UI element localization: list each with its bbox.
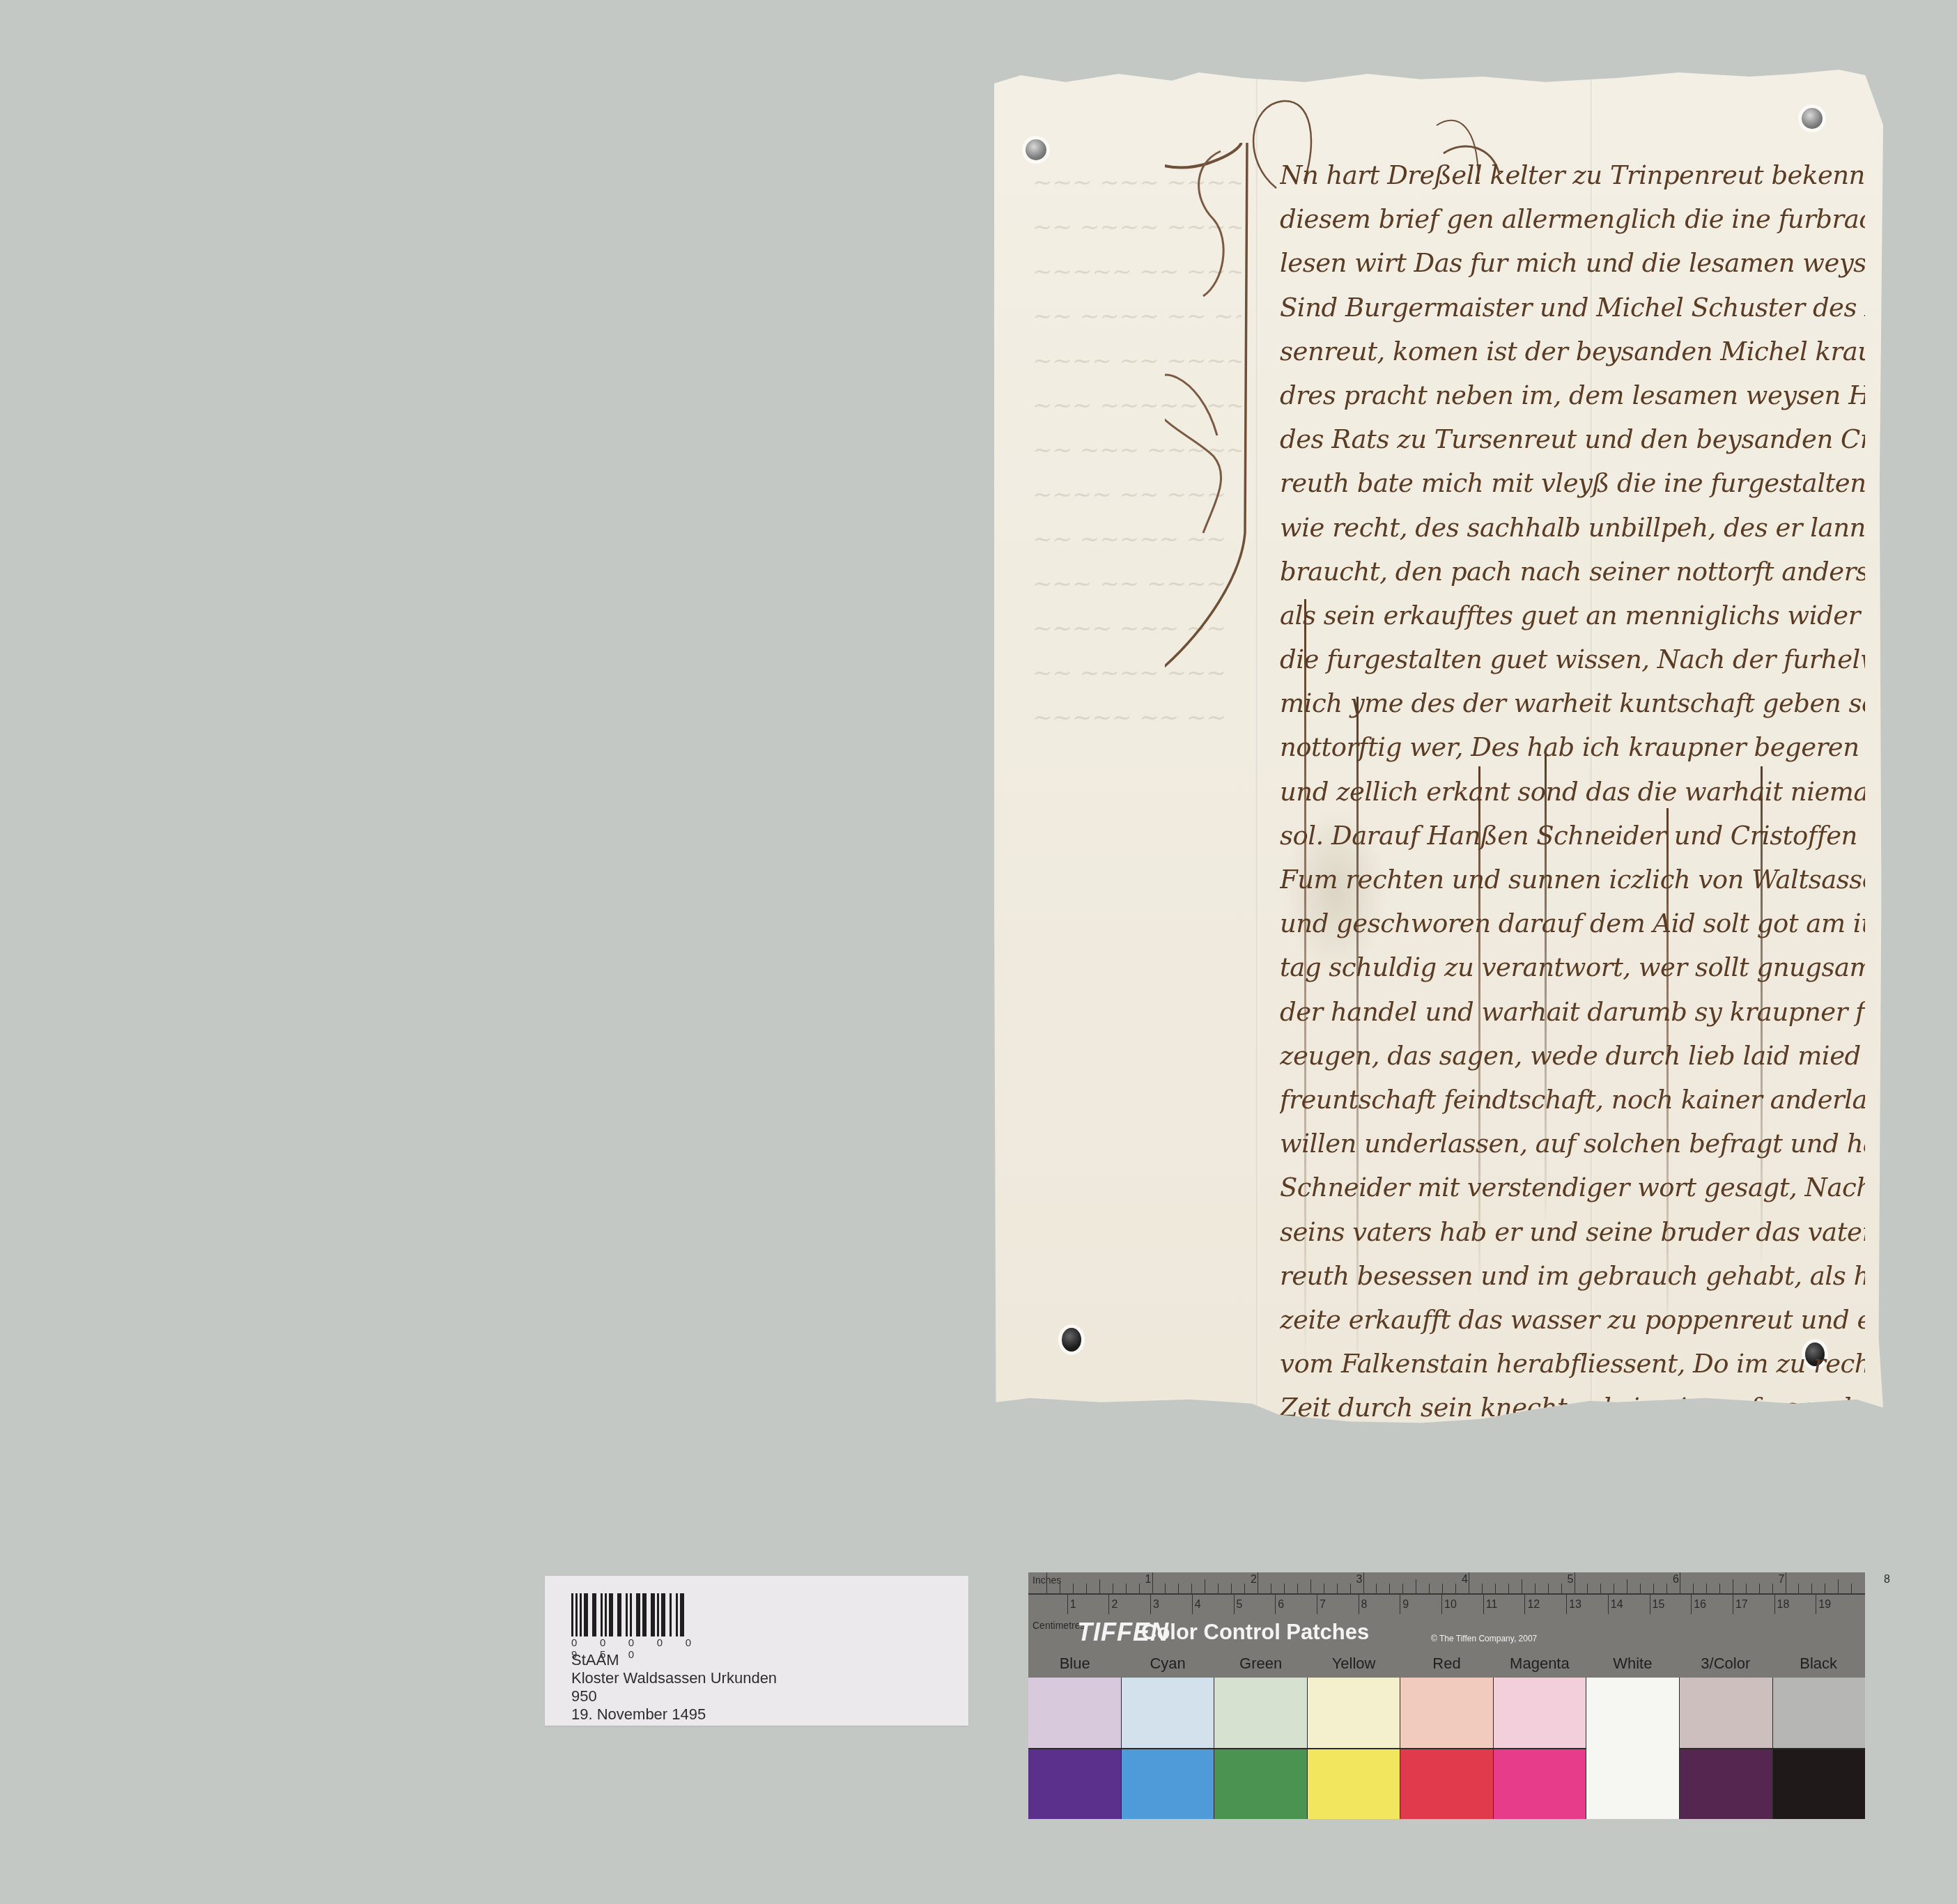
ruler-tick (1483, 1595, 1484, 1614)
ruler-tick (1746, 1584, 1747, 1593)
text-line: des Rats zu Tursenreut und den beysanden… (1280, 417, 1865, 461)
patch-name-green: Green (1214, 1655, 1307, 1675)
light-patch (1400, 1678, 1493, 1748)
text-line: mich yme des der warheit kuntschaft gebe… (1280, 681, 1865, 725)
ruler-tick (1086, 1584, 1087, 1593)
ruler-tick (1774, 1595, 1775, 1614)
ruler-tick (1719, 1584, 1720, 1593)
cm-tick-label: 4 (1195, 1599, 1201, 1611)
ruler-tick (1524, 1595, 1525, 1614)
patch-names-row: Blue Cyan Green Yellow Red Magenta White… (1028, 1655, 1865, 1675)
text-line: zeugen, das sagen, wede durch lieb laid … (1280, 1034, 1865, 1078)
ink-descender (1304, 599, 1306, 1365)
text-line: als sein erkaufftes guet an menniglichs … (1280, 594, 1865, 637)
patch-name-yellow: Yellow (1307, 1655, 1400, 1675)
ruler-tick (1441, 1595, 1442, 1614)
patch-name-white: White (1586, 1655, 1679, 1675)
ruler-tick (1192, 1595, 1193, 1614)
patch-column-white (1586, 1678, 1680, 1819)
ruler-tick (1442, 1584, 1443, 1593)
ruler-tick (1337, 1584, 1338, 1593)
cm-tick-label: 9 (1402, 1599, 1409, 1611)
text-line: senreut, komen ist der beysanden Michel … (1280, 330, 1865, 373)
light-patch (1122, 1678, 1214, 1748)
ruler-tick (1416, 1579, 1416, 1593)
ruler-tick (1108, 1595, 1109, 1614)
text-line: willen underlassen, auf solchen befragt … (1280, 1122, 1865, 1166)
light-patch (1028, 1678, 1121, 1748)
text-line: Nn hart Dreßell kelter zu Trinpenreut be… (1280, 153, 1865, 197)
ruler-tick (1495, 1584, 1496, 1593)
ruler-tick (1152, 1572, 1153, 1593)
ruler-tick (1126, 1584, 1127, 1593)
ruler-tick (1640, 1584, 1641, 1593)
light-patch (1308, 1678, 1400, 1748)
text-line: freuntschaft feindtschaft, noch kainer a… (1280, 1078, 1865, 1122)
color-patches (1028, 1678, 1865, 1819)
patch-name-black: Black (1772, 1655, 1865, 1675)
ruler-tick (1627, 1579, 1627, 1593)
ruler-tick (1234, 1595, 1235, 1614)
ruler-tick (1284, 1584, 1285, 1593)
ruler-tick (1733, 1579, 1733, 1593)
ruler-tick (1402, 1584, 1403, 1593)
ruler-tick (1653, 1584, 1654, 1593)
text-line: die furgestalten guet wissen, Nach der f… (1280, 637, 1865, 681)
document-number: 950 (571, 1687, 777, 1705)
ruler-tick (1508, 1584, 1509, 1593)
ruler-tick (1575, 1572, 1575, 1593)
cm-tick-label: 12 (1527, 1599, 1540, 1611)
ruler-tick (1275, 1595, 1276, 1614)
light-patch (1214, 1678, 1307, 1748)
mounting-magnet-icon (1026, 139, 1046, 160)
ruler-tick (1310, 1579, 1311, 1593)
ruler-tick (1231, 1584, 1232, 1593)
mounting-magnet-icon (1062, 1328, 1081, 1352)
cm-tick-label: 14 (1611, 1599, 1623, 1611)
ink-descender (1666, 808, 1669, 1338)
patch-column-magenta (1494, 1678, 1587, 1819)
patch-name-red: Red (1400, 1655, 1493, 1675)
decorated-initial-i (1165, 143, 1269, 770)
ruler-tick (1614, 1584, 1614, 1593)
ruler-tick (1650, 1595, 1650, 1614)
cm-tick-label: 17 (1735, 1599, 1748, 1611)
ruler-tick (1759, 1584, 1760, 1593)
ruler-tick (1400, 1595, 1400, 1614)
ruler-tick (1363, 1572, 1364, 1593)
ruler-tick (1600, 1584, 1601, 1593)
ruler-tick (1205, 1579, 1205, 1593)
dark-patch (1586, 1749, 1679, 1820)
inch-tick-label: 3 (1356, 1574, 1363, 1586)
text-line: der handel und warhait darumb sy kraupne… (1280, 990, 1865, 1034)
text-line: sol. Darauf Hanßen Schneider und Cristof… (1280, 814, 1865, 858)
ruler-tick (1706, 1584, 1707, 1593)
text-line: vom Falkenstain herabfliessent, Do im zu… (1280, 1342, 1865, 1386)
cm-tick-label: 15 (1653, 1599, 1665, 1611)
dark-patch (1122, 1748, 1214, 1820)
text-line: und geschworen darauf dem Aid solt got a… (1280, 901, 1865, 945)
ruler-tick (1469, 1572, 1469, 1593)
inch-tick-label: 2 (1251, 1574, 1257, 1586)
ruler-tick (1324, 1584, 1324, 1593)
color-control-card: Inches 12345678 123456789101112131415161… (1028, 1572, 1865, 1819)
dark-patch (1214, 1748, 1307, 1820)
light-patch (1586, 1678, 1679, 1749)
dark-patch (1400, 1748, 1493, 1820)
inch-tick-label: 6 (1673, 1574, 1679, 1586)
ruler-tick (1825, 1584, 1825, 1593)
light-patch (1494, 1678, 1586, 1748)
cm-ruler: 12345678910111213141516171819 (1028, 1593, 1865, 1614)
text-line: tag schuldig zu verantwort, wer sollt gn… (1280, 945, 1865, 989)
text-line: Fum rechten und sunnen iczlich von Walts… (1280, 858, 1865, 901)
ruler-tick (1099, 1579, 1100, 1593)
ruler-tick (1548, 1584, 1549, 1593)
ruler-tick (1113, 1584, 1113, 1593)
document-date: 19. November 1495 (571, 1705, 777, 1724)
patch-column-blue (1028, 1678, 1122, 1819)
ink-descender (1478, 766, 1480, 1296)
patch-column-green (1214, 1678, 1308, 1819)
mounting-magnet-icon (1802, 108, 1823, 129)
dark-patch (1680, 1748, 1772, 1820)
text-line: Zeit durch sein knecht sols in einem fry… (1280, 1386, 1865, 1430)
light-patch (1680, 1678, 1772, 1748)
ruler-tick (1429, 1584, 1430, 1593)
ruler-tick (1535, 1584, 1536, 1593)
cm-tick-label: 13 (1569, 1599, 1581, 1611)
ruler-tick (1150, 1595, 1151, 1614)
text-line: lesen wirt Das fur mich und die lesamen … (1280, 241, 1865, 285)
ruler-tick (1522, 1579, 1522, 1593)
text-line: reuth besessen und im gebrauch gehabt, a… (1280, 1254, 1865, 1298)
ink-descender (1356, 697, 1359, 1379)
ruler-tick (1046, 1572, 1047, 1593)
text-line: bruder und ich befragt und durch das abt… (1280, 1474, 1865, 1518)
ruler-tick (1317, 1595, 1317, 1614)
text-line: zeite erkaufft das wasser zu poppenreut … (1280, 1298, 1865, 1342)
ink-descender (1761, 766, 1763, 1268)
patch-column-3color (1680, 1678, 1773, 1819)
barcode (571, 1593, 684, 1636)
ruler-tick (1067, 1595, 1068, 1614)
text-line: nottorftig wer, Des hab ich kraupner beg… (1280, 725, 1865, 769)
inch-ruler: Inches 12345678 (1028, 1572, 1865, 1595)
cm-tick-label: 8 (1361, 1599, 1368, 1611)
archive-label: 0 0 0 0 0 9 5 0 StAAM Kloster Waldsassen… (545, 1576, 968, 1726)
ruler-tick (1608, 1595, 1609, 1614)
text-line: braucht, den pach nach seiner nottorft a… (1280, 550, 1865, 594)
ruler-tick (1165, 1584, 1166, 1593)
ruler-tick (1798, 1584, 1799, 1593)
ruler-tick (1482, 1584, 1483, 1593)
ruler-tick (1680, 1572, 1680, 1593)
text-line: dres pracht neben im, dem lesamen weysen… (1280, 373, 1865, 417)
patch-column-yellow (1308, 1678, 1401, 1819)
text-line: wollen lassen, und hat ein fry pach halt… (1280, 1430, 1865, 1473)
ruler-tick (1297, 1584, 1298, 1593)
cm-tick-label: 7 (1320, 1599, 1326, 1611)
ruler-tick (1693, 1584, 1694, 1593)
text-line: Schneider mit verstendiger wort gesagt, … (1280, 1166, 1865, 1209)
cm-tick-label: 6 (1278, 1599, 1284, 1611)
cm-tick-label: 1 (1070, 1599, 1076, 1611)
ruler-tick (1060, 1584, 1060, 1593)
dark-patch (1773, 1748, 1866, 1820)
cm-tick-label: 2 (1111, 1599, 1117, 1611)
cm-tick-label: 11 (1486, 1599, 1498, 1611)
ruler-tick (1389, 1584, 1390, 1593)
ruler-tick (1733, 1595, 1733, 1614)
ruler-tick (1816, 1595, 1816, 1614)
ruler-tick (1073, 1584, 1074, 1593)
patch-name-blue: Blue (1028, 1655, 1121, 1675)
cm-tick-label: 16 (1694, 1599, 1706, 1611)
cm-tick-label: 18 (1777, 1599, 1790, 1611)
ruler-tick (1772, 1584, 1773, 1593)
dark-patch (1308, 1748, 1400, 1820)
inch-tick-label: 8 (1884, 1574, 1890, 1586)
ruler-tick (1811, 1584, 1812, 1593)
ruler-tick (1258, 1572, 1258, 1593)
ruler-tick (1350, 1584, 1351, 1593)
text-line: seins vaters hab er und seine bruder das… (1280, 1210, 1865, 1254)
light-patch (1773, 1678, 1866, 1748)
ruler-tick (1566, 1595, 1567, 1614)
cm-tick-label: 10 (1444, 1599, 1457, 1611)
ruler-tick (1851, 1584, 1852, 1593)
ruler-tick (1376, 1584, 1377, 1593)
text-line: Sind Burgermaister und Michel Schuster d… (1280, 286, 1865, 330)
collection-name: Kloster Waldsassen Urkunden (571, 1669, 777, 1687)
ruler-tick (1218, 1584, 1219, 1593)
ruler-tick (1838, 1579, 1839, 1593)
inch-tick-label: 1 (1145, 1574, 1152, 1586)
ink-descender (1545, 752, 1547, 1226)
card-title: Color Control Patches (1141, 1620, 1369, 1645)
ruler-tick (1786, 1572, 1786, 1593)
ruler-tick (1666, 1584, 1667, 1593)
text-line: wie recht, des sachhalb unbillpeh, des e… (1280, 506, 1865, 550)
ruler-tick (1561, 1584, 1562, 1593)
inch-tick-label: 7 (1779, 1574, 1785, 1586)
patch-column-cyan (1122, 1678, 1215, 1819)
text-line: und zellich erkant sond das die warhait … (1280, 770, 1865, 814)
inch-tick-label: 4 (1462, 1574, 1468, 1586)
ruler-tick (1139, 1584, 1140, 1593)
dark-patch (1028, 1748, 1121, 1820)
text-line: gehabt im kegenwart ledigt, der selb Zei… (1280, 1518, 1865, 1562)
ruler-tick (1191, 1584, 1192, 1593)
color-card-header: Inches 12345678 123456789101112131415161… (1028, 1572, 1865, 1678)
archive-name: StAAM (571, 1651, 777, 1669)
patch-column-black (1773, 1678, 1866, 1819)
ruler-tick (1178, 1584, 1179, 1593)
copyright-text: © The Tiffen Company, 2007 (1431, 1634, 1537, 1643)
ruler-tick (1455, 1584, 1456, 1593)
text-line: diesem brief gen allermenglich die ine f… (1280, 197, 1865, 241)
patch-column-red (1400, 1678, 1494, 1819)
patch-name-magenta: Magenta (1493, 1655, 1586, 1675)
patch-name-cyan: Cyan (1121, 1655, 1214, 1675)
charter-document: ~~~ ~~~ ~~~~ ~~ ~~~~ ~~~~~ ~~~~~ ~~ ~~~ … (994, 70, 1883, 1449)
text-line: reuth bate mich mit vleyß die ine furges… (1280, 461, 1865, 505)
patch-name-3color: 3/Color (1679, 1655, 1772, 1675)
cm-tick-label: 3 (1153, 1599, 1159, 1611)
ruler-tick (1359, 1595, 1359, 1614)
dark-patch (1494, 1748, 1586, 1820)
inch-tick-label: 5 (1568, 1574, 1574, 1586)
charter-text-upper: Nn hart Dreßell kelter zu Trinpenreut be… (1280, 153, 1865, 1738)
cm-tick-label: 19 (1818, 1599, 1831, 1611)
ruler-tick (1244, 1584, 1245, 1593)
cm-tick-label: 5 (1237, 1599, 1243, 1611)
ruler-tick (1271, 1584, 1271, 1593)
ruler-tick (1587, 1584, 1588, 1593)
ruler-tick (1691, 1595, 1692, 1614)
